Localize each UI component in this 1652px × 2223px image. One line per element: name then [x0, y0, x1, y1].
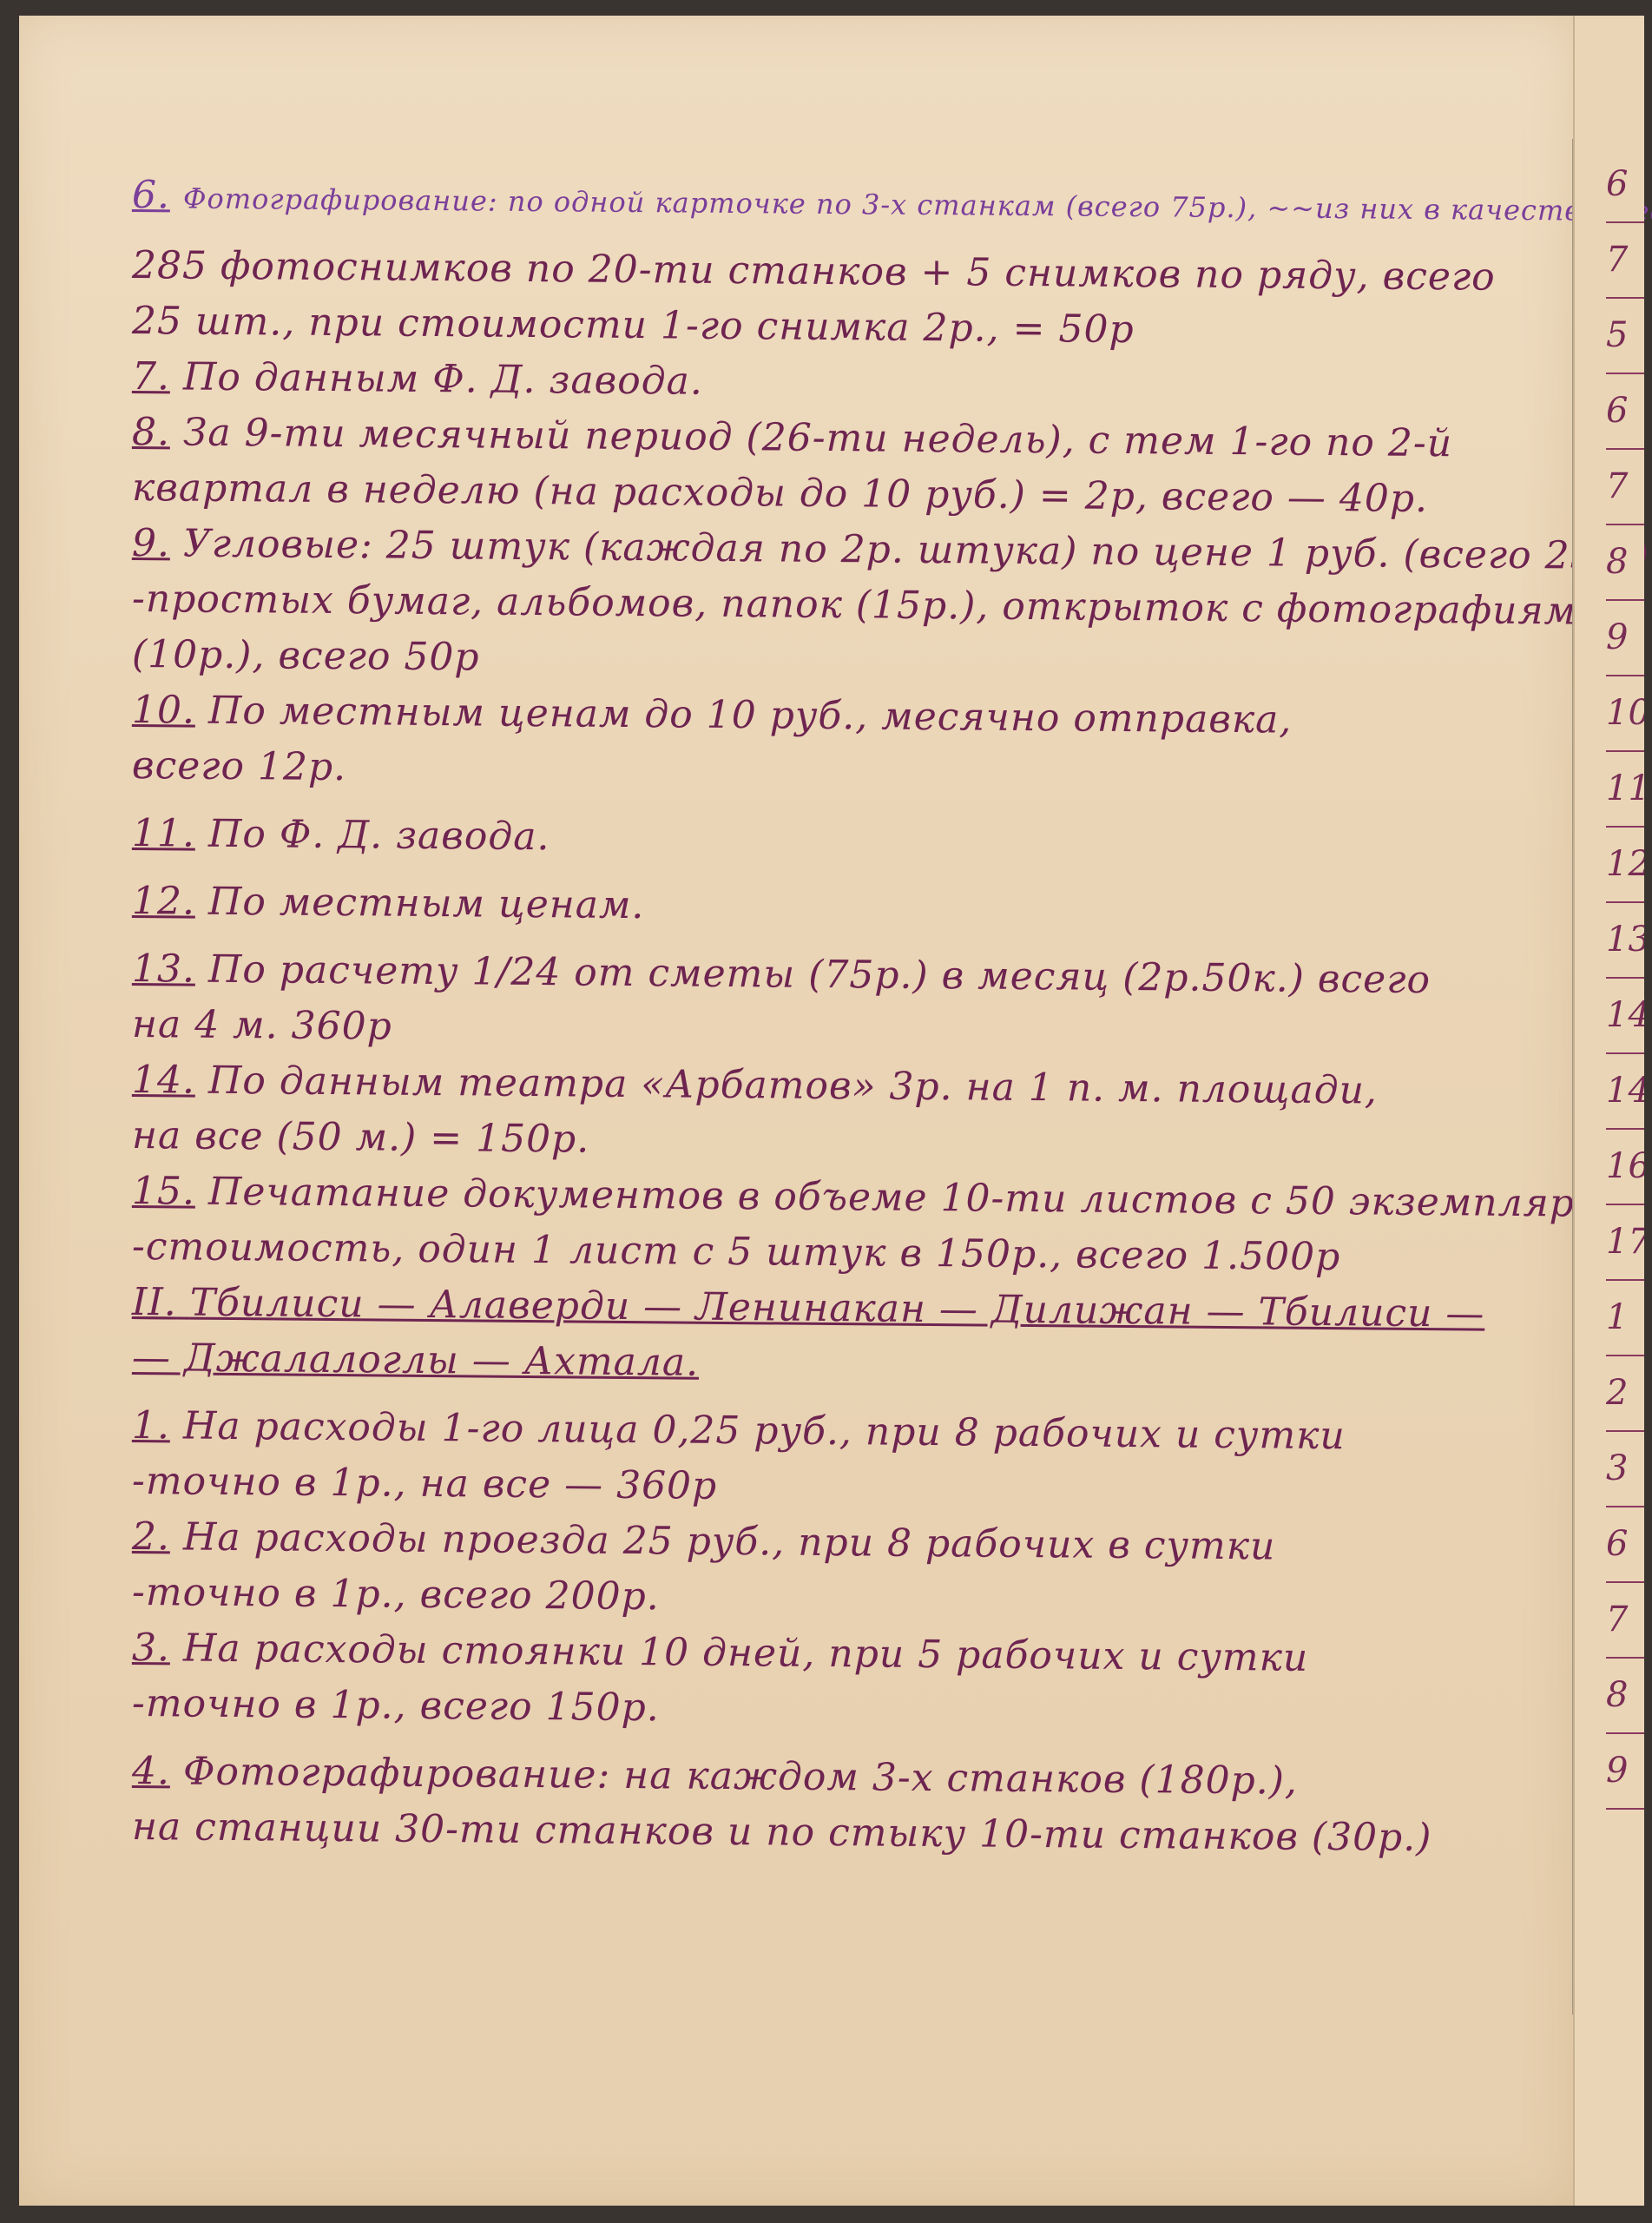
- margin-number: 13: [1606, 903, 1644, 979]
- line-text: Печатание документов в объеме 10-ти лист…: [208, 1170, 1622, 1226]
- margin-number: 7: [1606, 223, 1644, 299]
- margin-number: 14: [1606, 979, 1644, 1054]
- line-text: Фотографирование: на каждом 3-х станков …: [183, 1750, 1298, 1804]
- section-number: II.: [132, 1280, 177, 1324]
- margin-number: 8: [1606, 525, 1644, 601]
- item-number: 12.: [132, 879, 195, 924]
- right-margin-numbers: 6 7 5 6 7 8 9 10 11 12 13 14 14 16 17 1 …: [1606, 148, 1649, 1810]
- margin-number: 5: [1606, 299, 1644, 374]
- line-text: Угловые: 25 штук (каждая по 2р. штука) п…: [183, 522, 1649, 579]
- margin-number: 6: [1606, 374, 1644, 450]
- item-number: 13.: [132, 947, 195, 992]
- item-number: 7.: [132, 354, 170, 399]
- margin-number: 6: [1606, 1507, 1644, 1583]
- margin-number: 11: [1606, 752, 1644, 828]
- margin-number: 17: [1606, 1205, 1644, 1281]
- line-text: По данным театра «Арбатов» 3р. на 1 п. м…: [208, 1059, 1378, 1113]
- margin-number: 6: [1606, 148, 1644, 223]
- margin-number: 12: [1606, 828, 1644, 903]
- line-text: По Ф. Д. завода.: [208, 812, 550, 859]
- handwritten-text-block: 6. Фотографирование: по одной карточке п…: [132, 168, 1582, 1855]
- margin-number: 9: [1606, 1734, 1644, 1810]
- item-number: 15.: [132, 1169, 195, 1214]
- line-text: На расходы проезда 25 руб., при 8 рабочи…: [183, 1515, 1276, 1569]
- item-number: 9.: [132, 521, 170, 565]
- line-text: По местным ценам.: [208, 880, 645, 927]
- item-number: 11.: [132, 811, 195, 856]
- line-text: По расчету 1/24 от сметы (75р.) в месяц …: [208, 947, 1431, 1002]
- margin-number: 1: [1606, 1281, 1644, 1356]
- item-number: 8.: [132, 410, 170, 454]
- margin-number: 14: [1606, 1054, 1644, 1130]
- margin-number: 16: [1606, 1130, 1644, 1205]
- manuscript-page: 6. Фотографирование: по одной карточке п…: [19, 16, 1573, 2206]
- margin-number: 10: [1606, 676, 1644, 752]
- item-number: 4.: [132, 1749, 170, 1793]
- line-text: На расходы стоянки 10 дней, при 5 рабочи…: [183, 1626, 1309, 1680]
- item-number: 3.: [132, 1626, 170, 1670]
- route-text: Тбилиси — Алаверди — Ленинакан — Дилижан…: [190, 1281, 1485, 1336]
- item-number: 14.: [132, 1058, 195, 1103]
- margin-number: 2: [1606, 1356, 1644, 1432]
- margin-number: 8: [1606, 1659, 1644, 1734]
- margin-number: 9: [1606, 601, 1644, 676]
- margin-number: 7: [1606, 450, 1644, 525]
- item-number: 6.: [132, 173, 170, 217]
- line-text: За 9-ти месячный период (26-ти недель), …: [183, 411, 1453, 466]
- line-text: По местным ценам до 10 руб., месячно отп…: [208, 689, 1293, 742]
- item-number: 2.: [132, 1514, 170, 1559]
- line-text: на станции 30-ти станков и по стыку 10-т…: [132, 1799, 1582, 1868]
- item-number: 10.: [132, 688, 195, 733]
- margin-number: 7: [1606, 1583, 1644, 1659]
- line-text: По данным Ф. Д. завода.: [183, 355, 703, 404]
- margin-number: 3: [1606, 1432, 1644, 1507]
- line-text: На расходы 1-го лица 0,25 руб., при 8 ра…: [183, 1404, 1346, 1459]
- item-number: 1.: [132, 1403, 170, 1448]
